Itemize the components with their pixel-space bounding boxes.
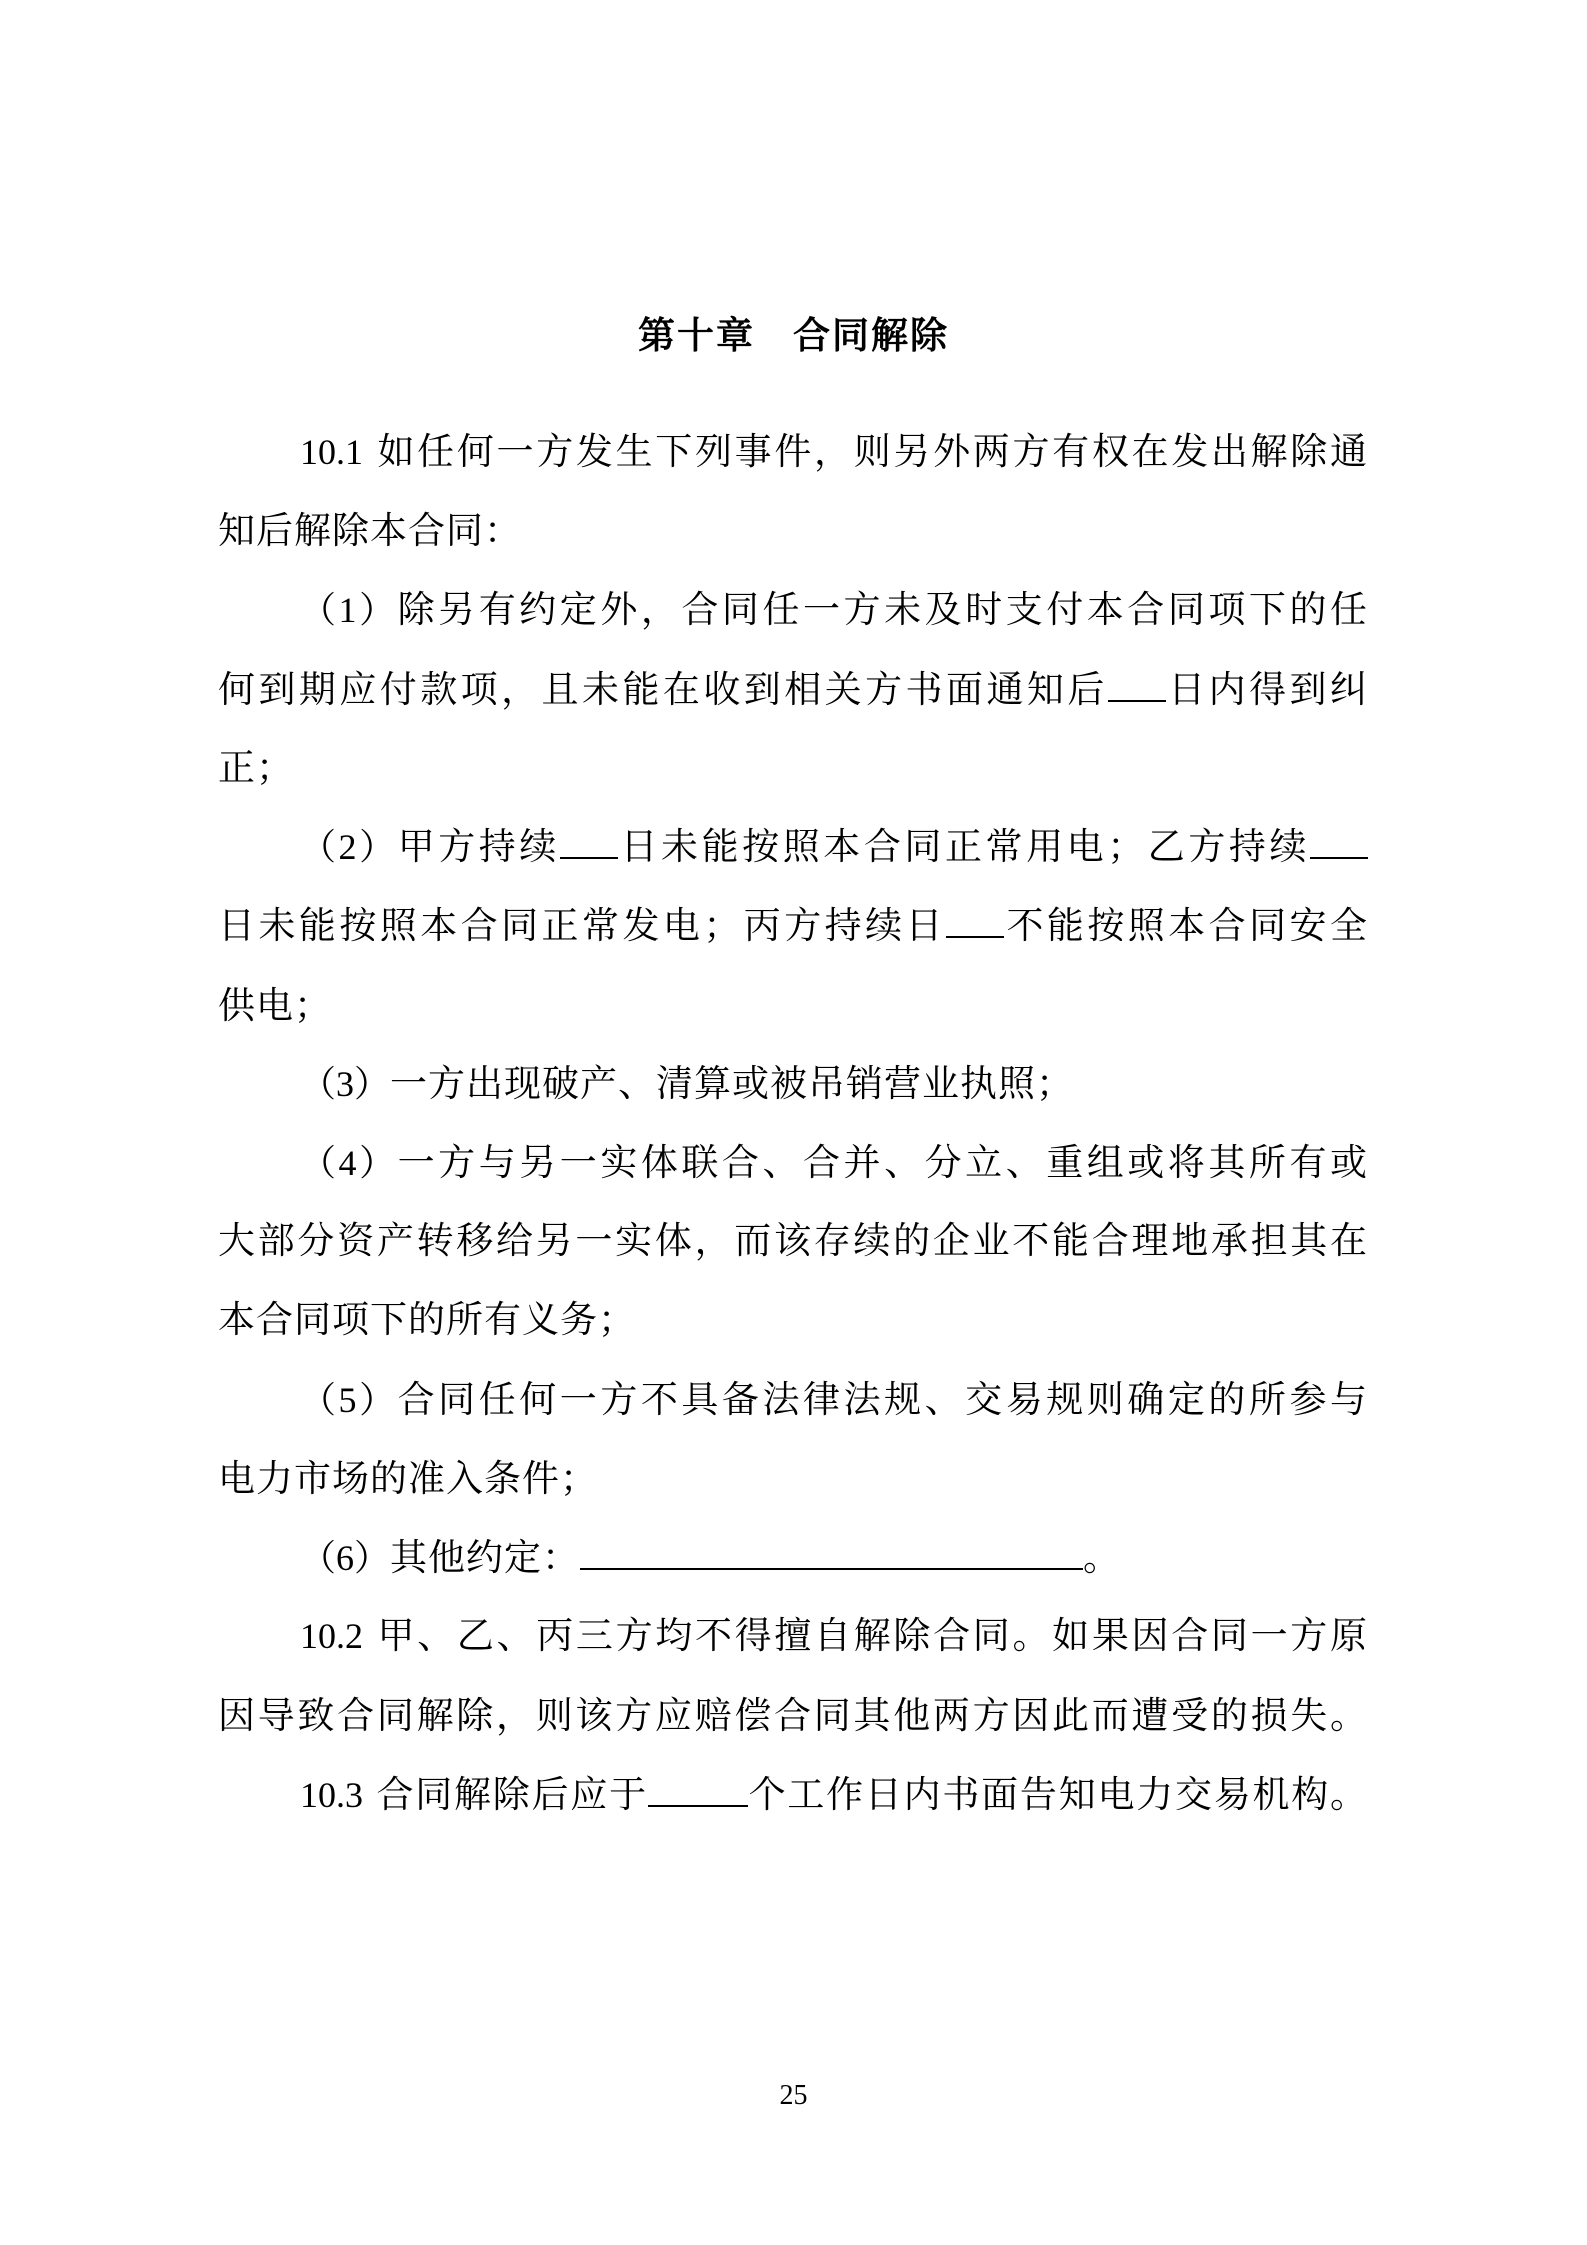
chapter-title: 第十章合同解除 [0,312,1587,360]
document-page: 第十章合同解除 10.1 如任何一方发生下列事件，则另外两方有权在发出解除通 知… [0,0,1587,2245]
page-number: 25 [0,2080,1587,2112]
item-text: 其他约定： [390,1536,580,1579]
item-text: 大部分资产转移给另一实体，而该存续的企业不能合理地承担其在 [218,1219,1368,1262]
item-text: 合同任何一方不具备法律法规、交易规则确定的所参与 [398,1378,1368,1421]
clause-text: 个工作日内书面告知电力交易机构。 [748,1773,1368,1816]
item-number: （3） [300,1064,390,1104]
item-2-line-3: 供电； [218,981,1368,1031]
item-text: 正； [218,746,294,789]
clause-10-2-line-1: 10.2 甲、乙、丙三方均不得擅自解除合同。如果因合同一方原 [300,1611,1368,1661]
clause-number: 10.3 [300,1775,363,1815]
fill-in-blank-party-c-days[interactable] [946,902,1004,938]
item-number: （6） [300,1538,390,1578]
fill-in-blank-working-days[interactable] [648,1771,748,1807]
clause-10-3-line-1: 10.3 合同解除后应于个工作日内书面告知电力交易机构。 [300,1770,1368,1820]
item-text: 一方与另一实体联合、合并、分立、重组或将其所有或 [398,1141,1368,1184]
item-text: 供电； [218,984,332,1027]
item-3-line-1: （3）一方出现破产、清算或被吊销营业执照； [300,1059,1368,1109]
item-2-line-2: 日未能按照本合同正常发电；丙方持续日不能按照本合同安全 [218,901,1368,951]
fill-in-blank-days[interactable] [1108,666,1166,702]
item-number: （2） [300,827,398,867]
fill-in-blank-party-a-days[interactable] [560,823,618,859]
item-text: 甲方持续 [398,825,560,868]
item-text: 。 [1083,1536,1121,1579]
item-5-line-1: （5）合同任何一方不具备法律法规、交易规则确定的所参与 [300,1375,1368,1425]
item-text: 不能按照本合同安全 [1004,904,1368,947]
item-text: 何到期应付款项，且未能在收到相关方书面通知后 [218,668,1108,711]
item-1-line-3: 正； [218,743,1368,793]
clause-text: 合同解除后应于 [377,1773,648,1816]
item-4-line-3: 本合同项下的所有义务； [218,1295,1368,1345]
fill-in-blank-party-b-days[interactable] [1310,823,1368,859]
item-1-line-2: 何到期应付款项，且未能在收到相关方书面通知后日内得到纠 [218,665,1368,715]
item-2-line-1: （2）甲方持续日未能按照本合同正常用电；乙方持续 [300,822,1368,872]
item-4-line-1: （4）一方与另一实体联合、合并、分立、重组或将其所有或 [300,1138,1368,1188]
item-text: 日未能按照本合同正常用电；乙方持续 [618,825,1310,868]
item-6-line-1: （6）其他约定：。 [300,1533,1368,1583]
item-text: 一方出现破产、清算或被吊销营业执照； [390,1062,1074,1105]
item-4-line-2: 大部分资产转移给另一实体，而该存续的企业不能合理地承担其在 [218,1216,1368,1266]
item-text: 日未能按照本合同正常发电；丙方持续日 [218,904,946,947]
clause-text: 甲、乙、丙三方均不得擅自解除合同。如果因合同一方原 [377,1614,1368,1657]
clause-number: 10.1 [300,432,363,472]
item-text: 本合同项下的所有义务； [218,1298,636,1341]
clause-10-2-line-2: 因导致合同解除，则该方应赔偿合同其他两方因此而遭受的损失。 [218,1691,1368,1741]
item-5-line-2: 电力市场的准入条件； [218,1454,1368,1504]
item-text: 电力市场的准入条件； [218,1457,598,1500]
clause-10-1-line-1: 10.1 如任何一方发生下列事件，则另外两方有权在发出解除通 [300,427,1368,477]
clause-number: 10.2 [300,1616,363,1656]
chapter-number: 第十章 [638,314,755,357]
item-number: （5） [300,1380,398,1420]
item-text: 除另有约定外，合同任一方未及时支付本合同项下的任 [398,588,1368,631]
fill-in-blank-other-terms[interactable] [580,1534,1083,1570]
clause-10-1-line-2: 知后解除本合同： [218,506,1368,556]
chapter-name: 合同解除 [793,314,949,357]
item-number: （4） [300,1143,398,1183]
clause-text: 如任何一方发生下列事件，则另外两方有权在发出解除通 [377,430,1368,473]
clause-text: 知后解除本合同： [218,509,522,552]
item-text: 日内得到纠 [1166,668,1368,711]
item-1-line-1: （1）除另有约定外，合同任一方未及时支付本合同项下的任 [300,585,1368,635]
clause-text: 因导致合同解除，则该方应赔偿合同其他两方因此而遭受的损失。 [218,1694,1368,1737]
item-number: （1） [300,590,398,630]
